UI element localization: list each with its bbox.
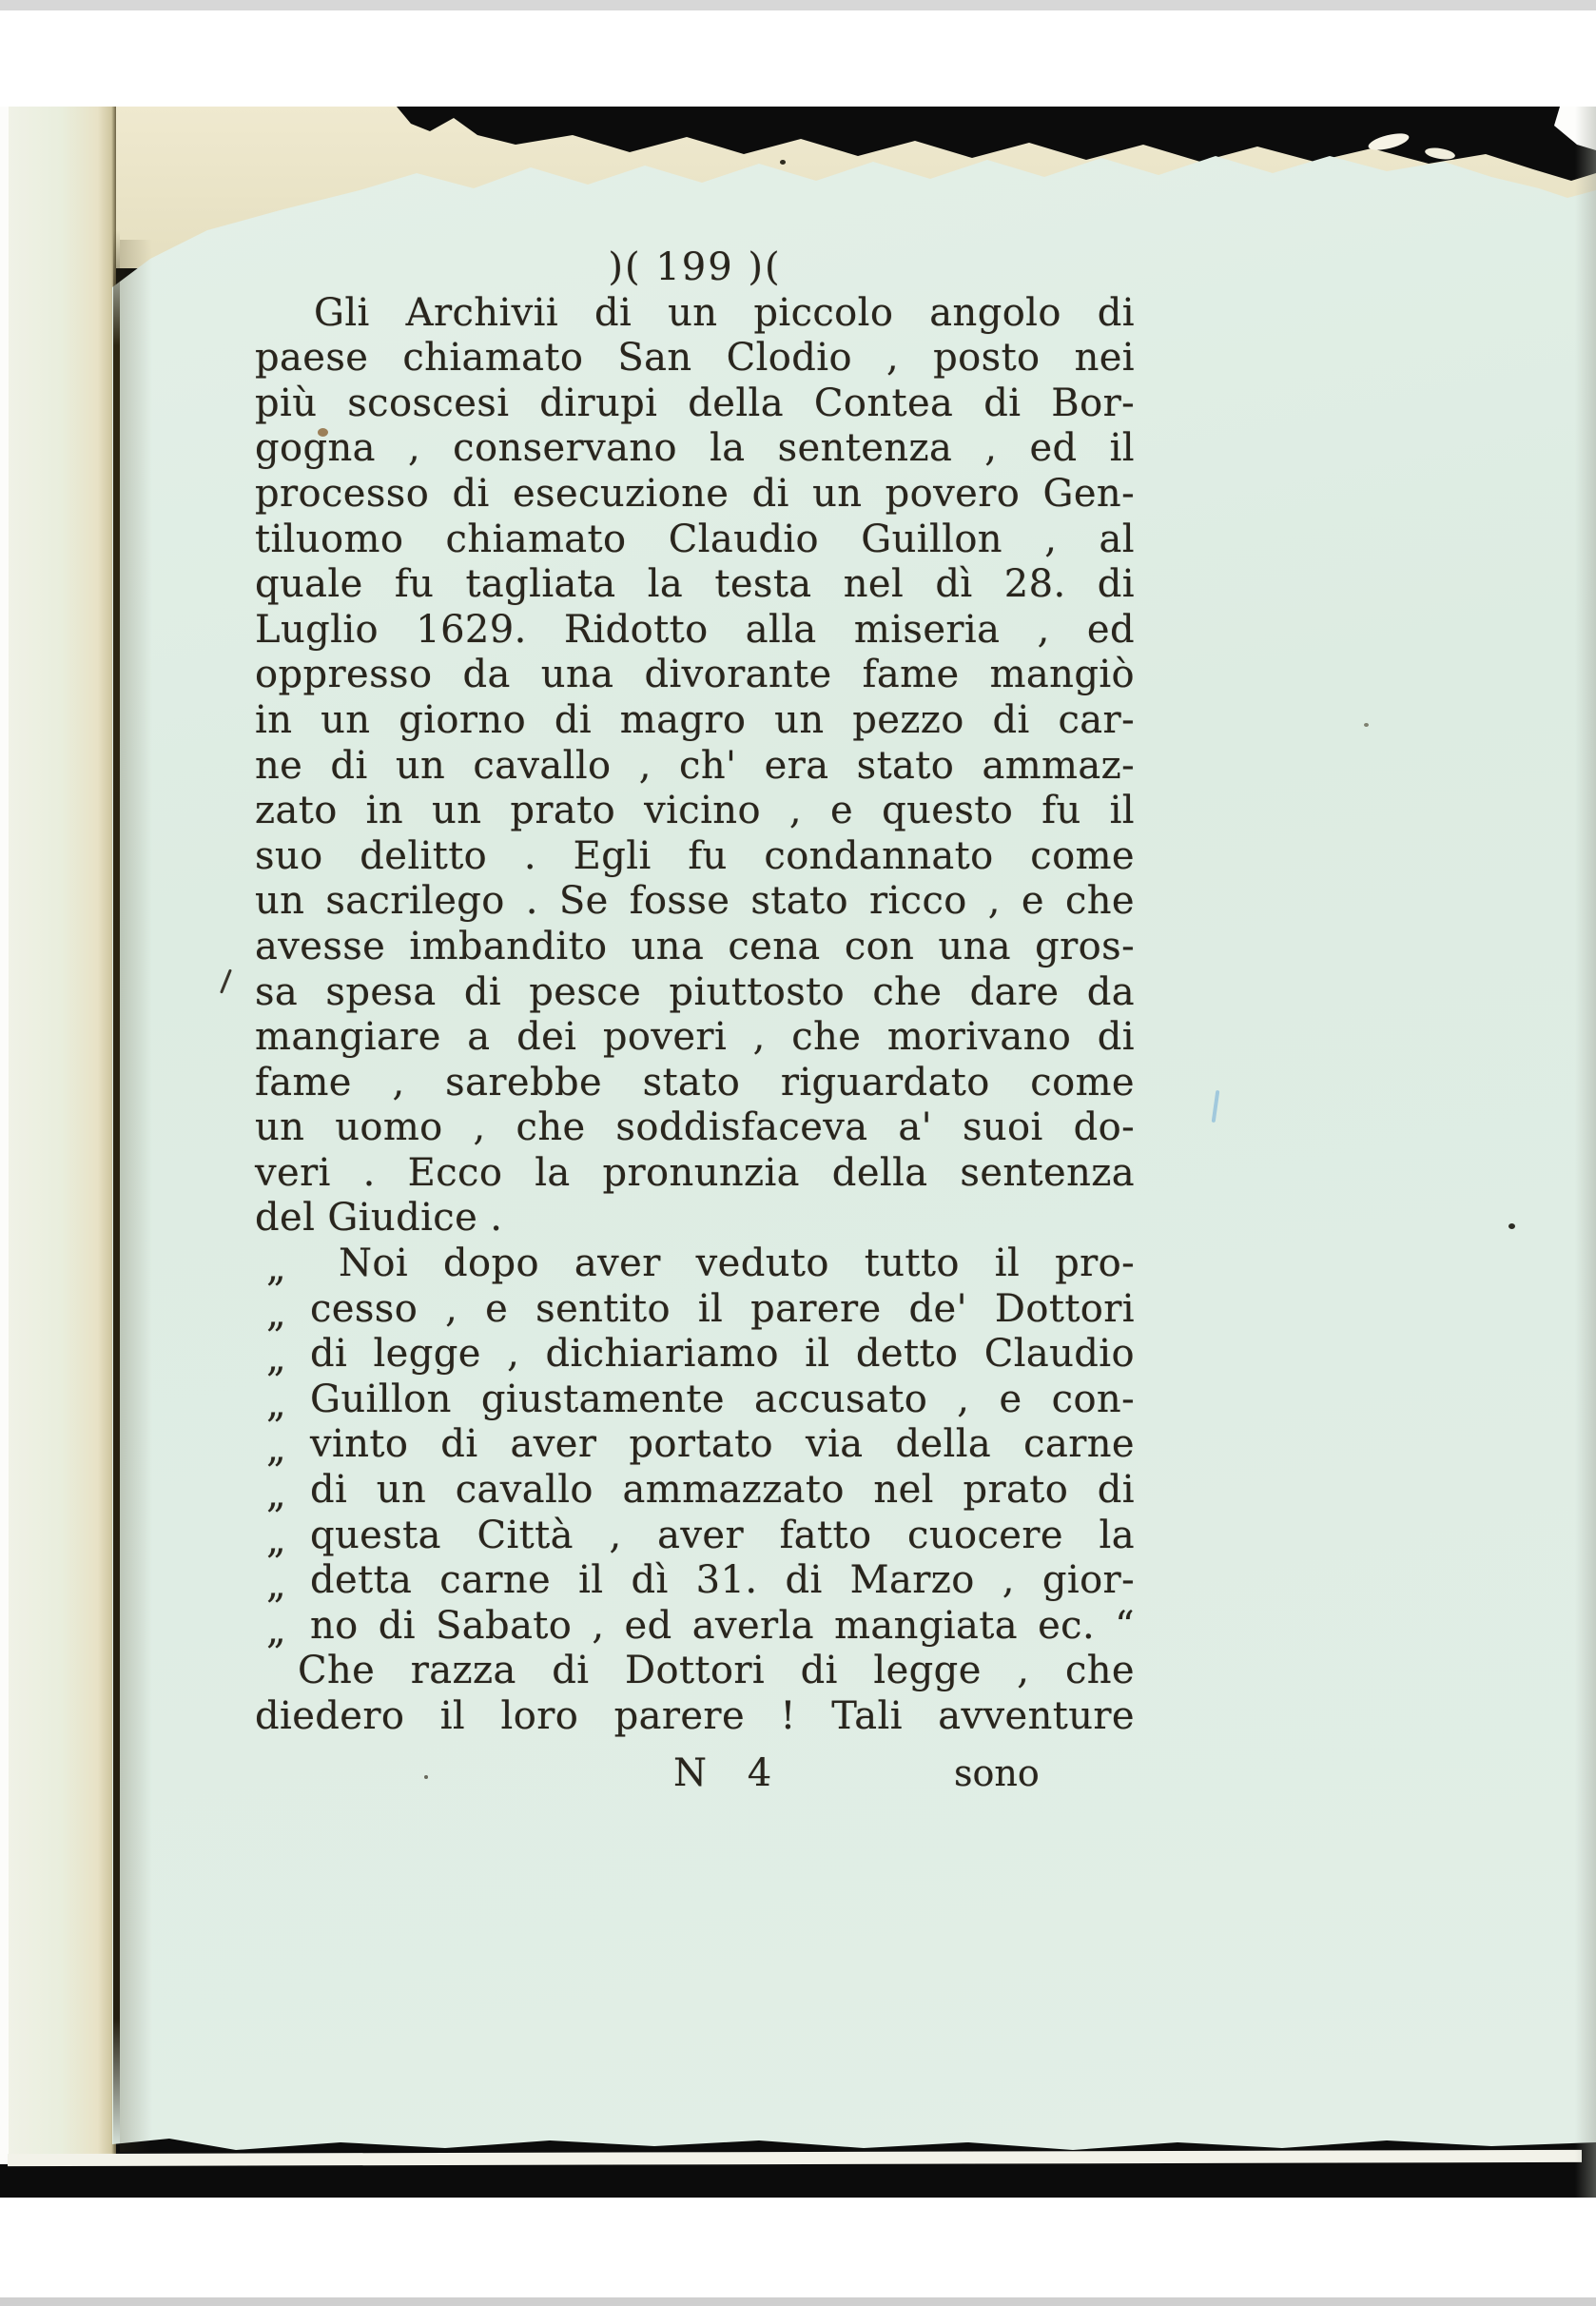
quote-line: „no di Sabato , ed averla mangiata ec. “ — [255, 1604, 1135, 1650]
quote-line: „vinto di aver portato via della carne — [255, 1422, 1135, 1468]
quote-line: „di un cavallo ammazzato nel prato di — [255, 1468, 1135, 1514]
paper-curl-highlight — [1367, 130, 1411, 153]
text-line: gogna , conservano la sentenza , ed il — [255, 426, 1135, 472]
text-line: un sacrilego . Se fosse stato ricco , e … — [255, 879, 1135, 925]
left-white-margin — [0, 107, 9, 2164]
quote-text: di un cavallo ammazzato nel prato di — [310, 1468, 1135, 1512]
paper-curl-highlight — [1424, 147, 1455, 162]
text-line: Luglio 1629. Ridotto alla miseria , ed — [255, 608, 1135, 654]
quote-text: detta carne il dì 31. di Marzo , gior- — [310, 1558, 1135, 1602]
text-line: tiluomo chiamato Claudio Guillon , al — [255, 518, 1135, 563]
quote-text: Noi dopo aver veduto tutto il pro- — [339, 1241, 1135, 1285]
gathering-signature: N 4 — [673, 1751, 771, 1797]
page-number: )( 199 )( — [255, 245, 1135, 291]
text-line: Gli Archivii di un piccolo angolo di — [255, 291, 1135, 337]
text-line: in un giorno di magro un pezzo di car- — [255, 698, 1135, 744]
text-line: un uomo , che soddisfaceva a' suoi do- — [255, 1105, 1135, 1151]
quote-mark: „ — [266, 1473, 286, 1518]
text-line: ne di un cavallo , ch' era stato ammaz- — [255, 744, 1135, 790]
quote-text: vinto di aver portato via della carne — [310, 1422, 1135, 1466]
quote-mark: „ — [266, 1563, 286, 1609]
quote-text: cesso , e sentito il parere de' Dottori — [310, 1287, 1135, 1331]
book-scan: )( 199 )( Gli Archivii di un piccolo ang… — [0, 107, 1596, 2198]
bottom-grey-strip — [0, 2297, 1596, 2306]
text-line: veri . Ecco la pronunzia della sentenza — [255, 1151, 1135, 1197]
text-line: diedero il loro parere ! Tali avventure — [255, 1694, 1135, 1740]
adjacent-page-edge — [0, 107, 116, 2158]
quote-text: Guillon giustamente accusato , e con- — [310, 1378, 1135, 1421]
text-line: quale fu tagliata la testa nel dì 28. di — [255, 562, 1135, 608]
text-line: del Giudice . — [255, 1196, 1135, 1241]
text-line: sa spesa di pesce piuttosto che dare da — [255, 970, 1135, 1016]
ink-speck — [1508, 1223, 1515, 1229]
scanned-book-photo: )( 199 )( Gli Archivii di un piccolo ang… — [0, 0, 1596, 2306]
text-line: fame , sarebbe stato riguardato come — [255, 1061, 1135, 1106]
text-line: più scoscesi dirupi della Contea di Bor- — [255, 381, 1135, 427]
ink-speck — [780, 160, 786, 165]
quote-text: no di Sabato , ed averla mangiata ec. “ — [310, 1604, 1135, 1648]
quote-mark: „ — [266, 1427, 286, 1473]
text-line: mangiare a dei poveri , che morivano di — [255, 1015, 1135, 1061]
top-grey-strip — [0, 0, 1596, 10]
text-line: zato in un prato vicino , e questo fu il — [255, 789, 1135, 834]
quote-mark: „ — [266, 1382, 286, 1428]
text-line: paese chiamato San Clodio , posto nei — [255, 336, 1135, 381]
quote-mark: „ — [266, 1246, 286, 1292]
quote-line: „di legge , dichiariamo il detto Claudio — [255, 1332, 1135, 1378]
quote-mark: „ — [266, 1518, 286, 1564]
catchword: sono — [954, 1751, 1040, 1797]
quote-mark: „ — [266, 1292, 286, 1338]
book-gutter-shadow — [113, 230, 120, 2154]
quote-line: „cesso , e sentito il parere de' Dottori — [255, 1287, 1135, 1333]
gutter-inner-shadow — [120, 240, 152, 2152]
quote-line: „detta carne il dì 31. di Marzo , gior- — [255, 1558, 1135, 1604]
quote-text: questa Città , aver fatto cuocere la — [310, 1514, 1135, 1557]
quote-mark: „ — [266, 1609, 286, 1654]
page-bottom-edge — [8, 2150, 1582, 2166]
text-line: oppresso da una divorante fame mangiò — [255, 653, 1135, 698]
signature-row: N 4 sono — [255, 1751, 1135, 1797]
text-line: avesse imbandito una cena con una gros- — [255, 925, 1135, 970]
quote-text: di legge , dichiariamo il detto Claudio — [310, 1332, 1135, 1376]
text-line: Che razza di Dottori di legge , che — [255, 1649, 1135, 1694]
quote-line: „Noi dopo aver veduto tutto il pro- — [255, 1241, 1135, 1287]
text-line: processo di esecuzione di un povero Gen- — [255, 472, 1135, 518]
printed-text-block: )( 199 )( Gli Archivii di un piccolo ang… — [255, 245, 1135, 1796]
ink-speck — [1364, 723, 1369, 727]
right-edge-shading — [1575, 107, 1596, 2198]
quote-line: „questa Città , aver fatto cuocere la — [255, 1514, 1135, 1559]
quote-line: „Guillon giustamente accusato , e con- — [255, 1378, 1135, 1423]
text-line: suo delitto . Egli fu condannato come — [255, 834, 1135, 880]
quote-mark: „ — [266, 1337, 286, 1382]
